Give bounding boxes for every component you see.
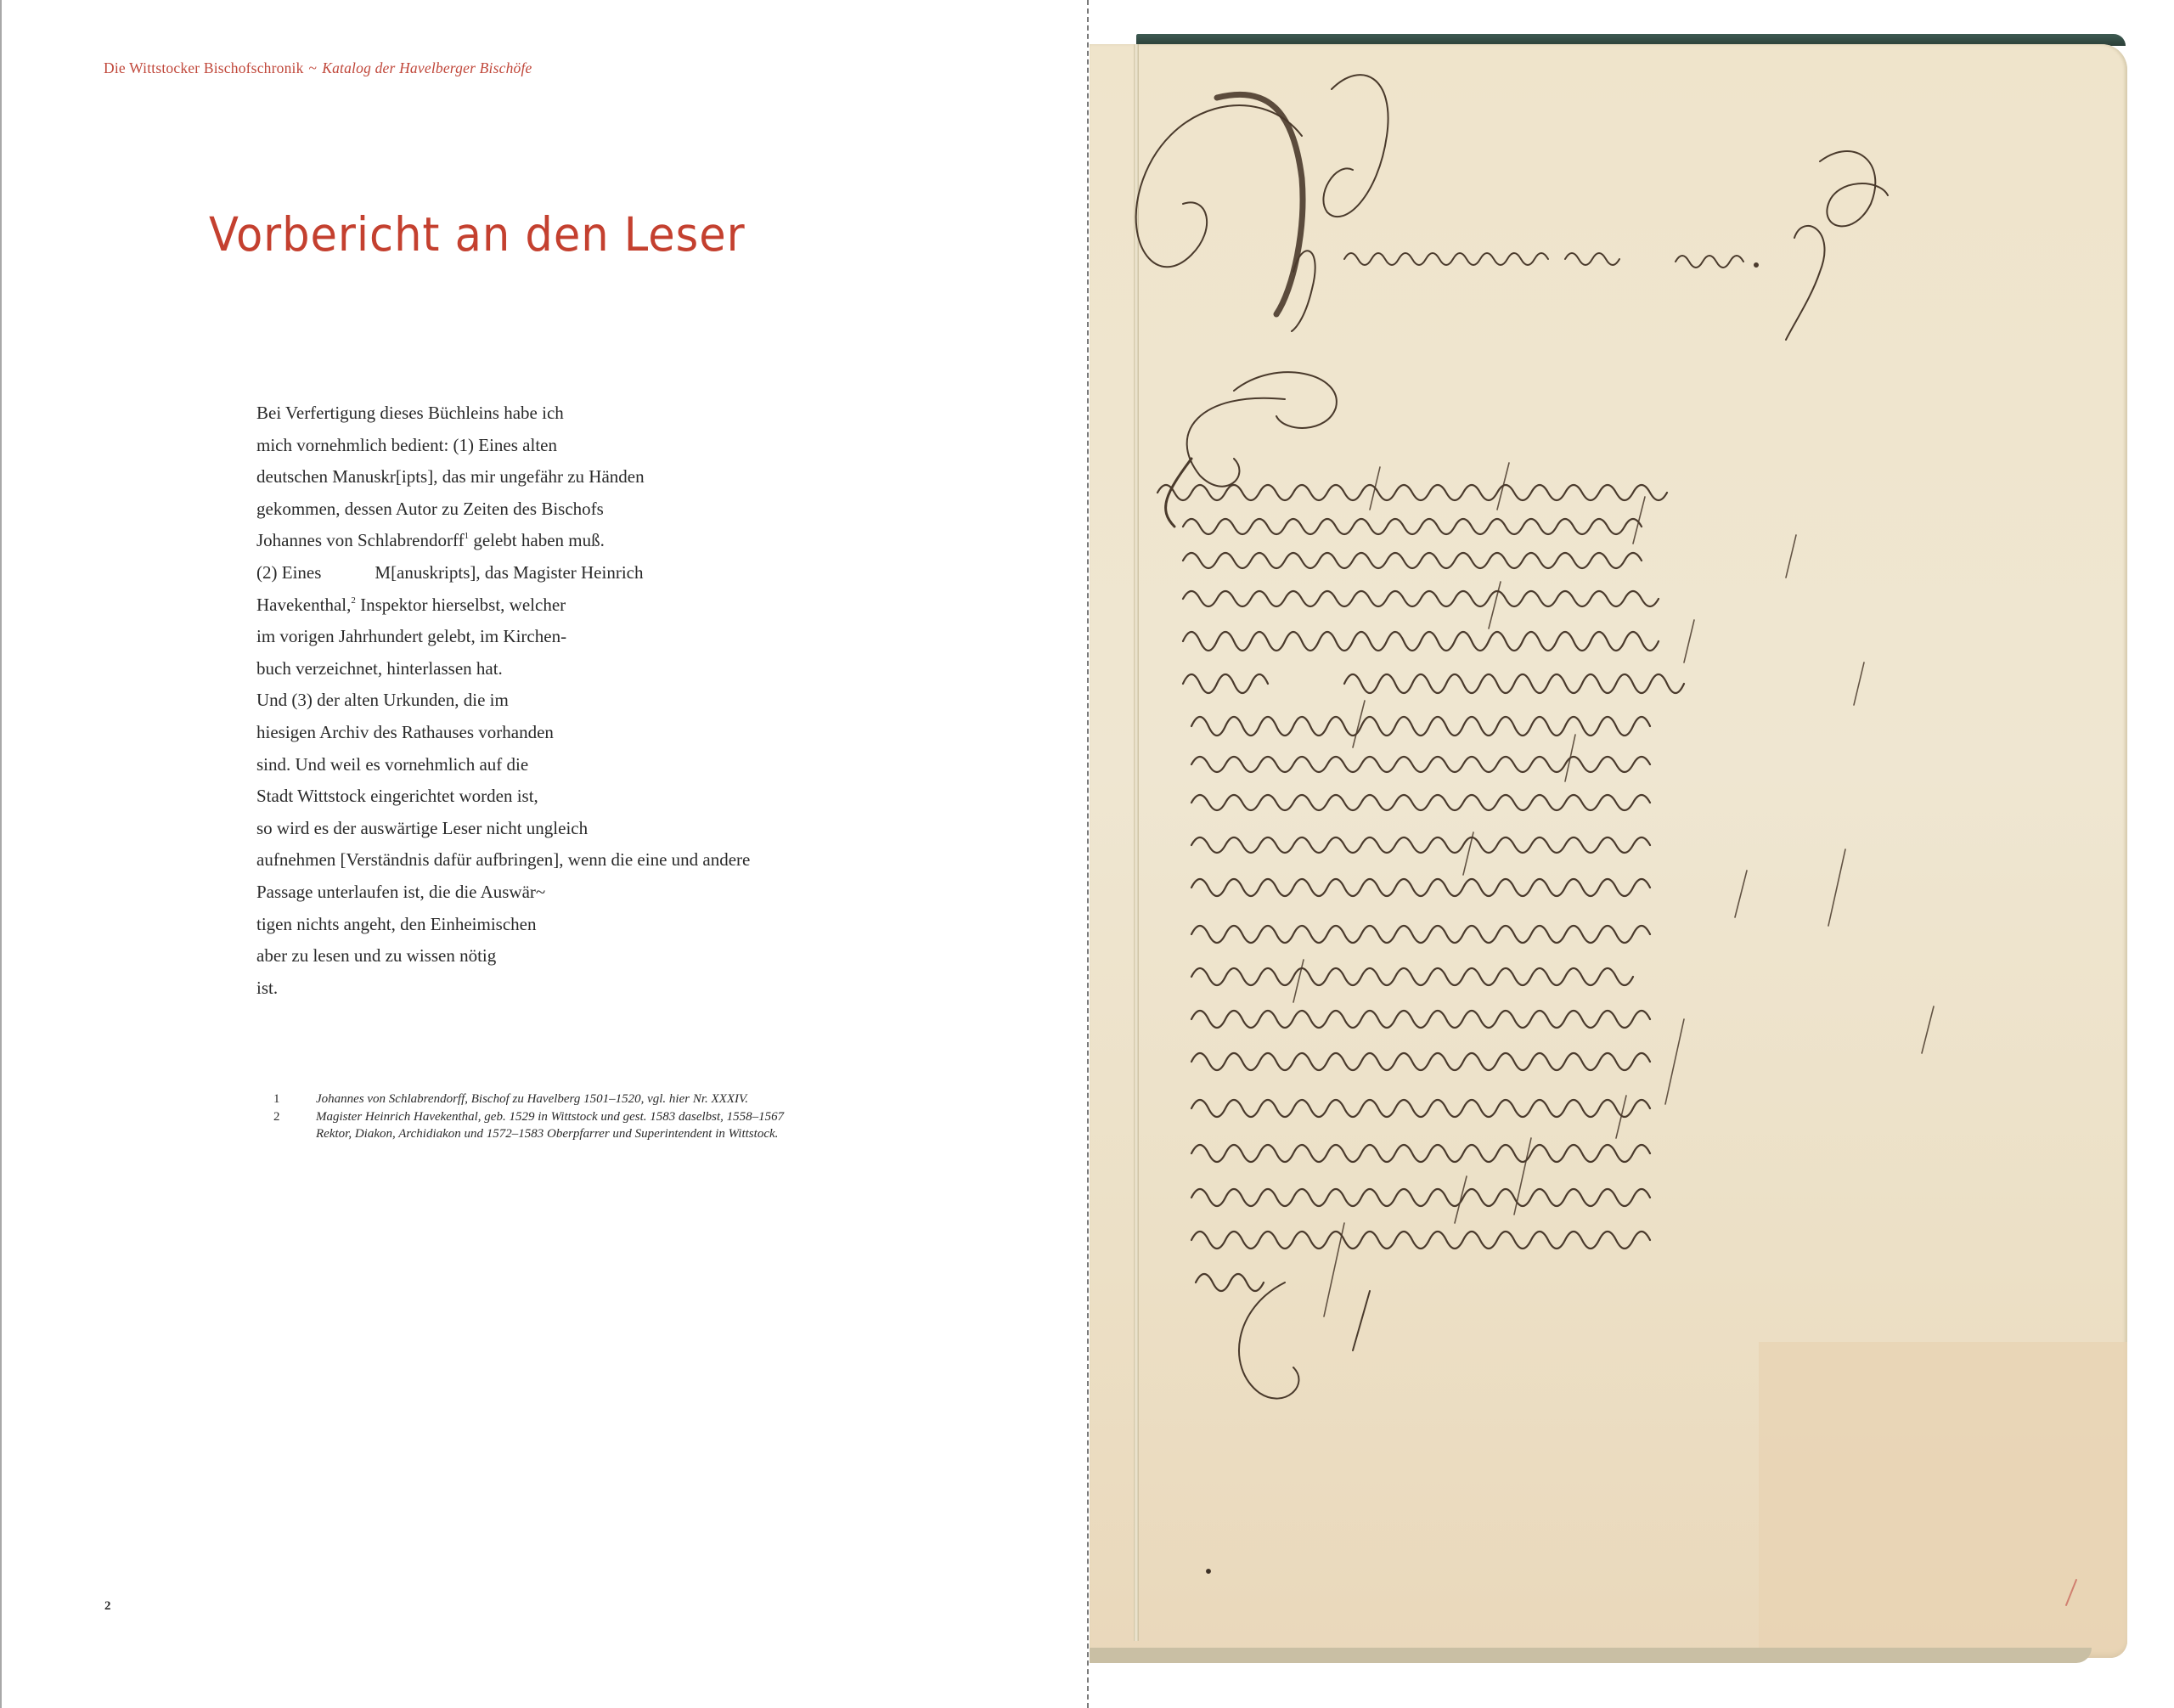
handwritten-script [1090, 34, 2130, 1669]
book-title: Die Wittstocker Bischofschronik [104, 59, 304, 76]
body-line: im vorigen Jahrhundert gelebt, im Kirche… [256, 621, 750, 653]
body-line: mich vornehmlich bedient: (1) Eines alte… [256, 430, 750, 462]
section-title: Katalog der Havelberger Bischöfe [322, 59, 532, 76]
body-line: Johannes von Schlabrendorff1 gelebt habe… [256, 525, 750, 557]
footnote-number: 2 [273, 1108, 316, 1126]
header-separator: ~ [309, 59, 318, 76]
footnote-1: 1 Johannes von Schlabrendorff, Bischof z… [273, 1091, 784, 1108]
body-line: aber zu lesen und zu wissen nötig [256, 940, 750, 972]
body-line: so wird es der auswärtige Leser nicht un… [256, 813, 750, 845]
printed-page: Die Wittstocker Bischofschronik~Katalog … [0, 0, 1087, 1708]
body-line: buch verzeichnet, hinterlassen hat. [256, 653, 750, 685]
footnotes: 1 Johannes von Schlabrendorff, Bischof z… [273, 1091, 784, 1143]
body-line: deutschen Manuskr[ipts], das mir ungefäh… [256, 461, 750, 493]
body-line: ist. [256, 972, 750, 1005]
footnote-text: Johannes von Schlabrendorff, Bischof zu … [316, 1091, 748, 1108]
body-line: Und (3) der alten Urkunden, die im [256, 685, 750, 717]
body-line: Bei Verfertigung dieses Büchleins habe i… [256, 397, 750, 430]
footnote-text: Rektor, Diakon, Archidiakon und 1572–158… [316, 1125, 778, 1143]
page-title: Vorbericht an den Leser [209, 207, 746, 262]
body-line: aufnehmen [Verständnis dafür aufbringen]… [256, 844, 750, 877]
footnote-text: Magister Heinrich Havekenthal, geb. 1529… [316, 1108, 784, 1126]
footnote-2: 2 Magister Heinrich Havekenthal, geb. 15… [273, 1108, 784, 1126]
body-text: Bei Verfertigung dieses Büchleins habe i… [256, 397, 750, 1004]
body-line: Passage unterlaufen ist, die die Auswär~ [256, 877, 750, 909]
footnote-number: 1 [273, 1091, 316, 1108]
body-line: gekommen, dessen Autor zu Zeiten des Bis… [256, 493, 750, 526]
body-line: (2) Eines M[anuskripts], das Magister He… [256, 557, 750, 589]
body-line: hiesigen Archiv des Rathauses vorhanden [256, 717, 750, 749]
running-header: Die Wittstocker Bischofschronik~Katalog … [104, 59, 532, 77]
spread-divider [1087, 0, 1089, 1708]
body-line: sind. Und weil es vornehmlich auf die [256, 749, 750, 781]
footnote-2-continued: Rektor, Diakon, Archidiakon und 1572–158… [273, 1125, 784, 1143]
body-line: Stadt Wittstock eingerichtet worden ist, [256, 781, 750, 813]
body-line: Havekenthal,2 Inspektor hierselbst, welc… [256, 589, 750, 622]
page-number: 2 [104, 1599, 111, 1614]
manuscript-facsimile [1090, 34, 2130, 1669]
body-line: tigen nichts angeht, den Einheimischen [256, 909, 750, 941]
